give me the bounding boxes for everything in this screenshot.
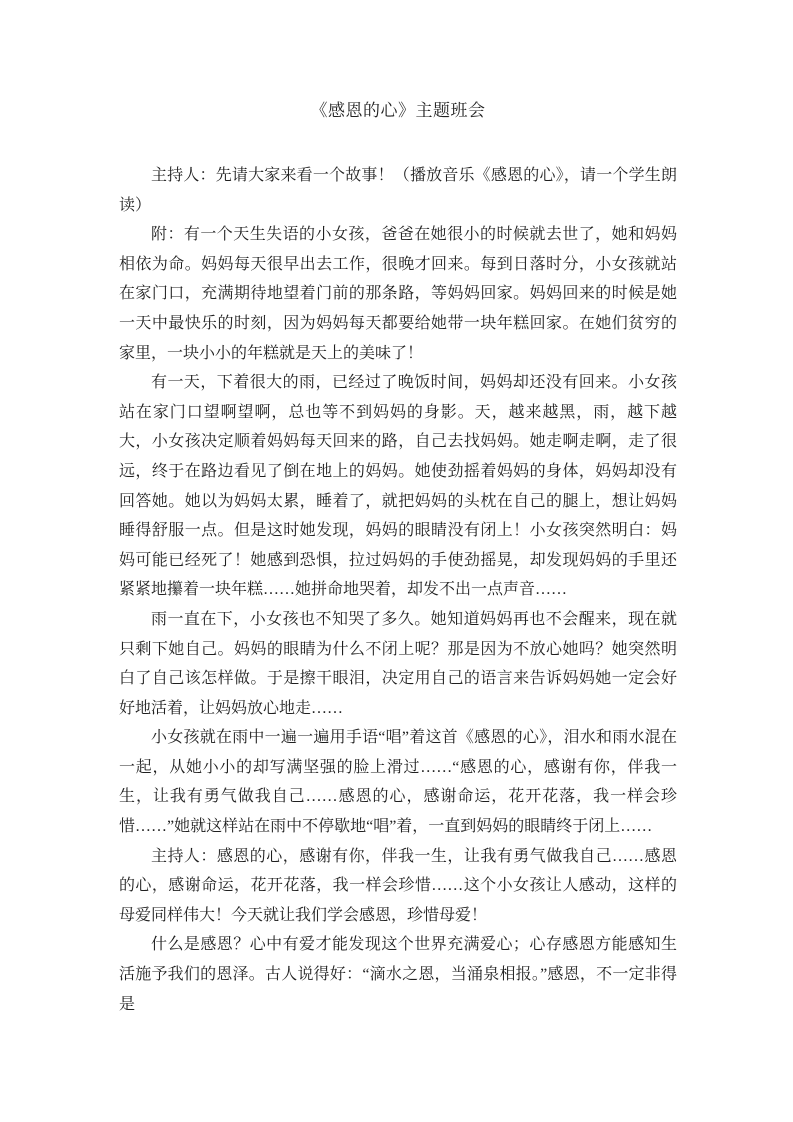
paragraph-story-4: 小女孩就在雨中一遍一遍用手语“唱”着这首《感恩的心》，泪水和雨水混在一起，从她小… [119, 723, 677, 841]
paragraph-story-3: 雨一直在下，小女孩也不知哭了多久。她知道妈妈再也不会醒来，现在就只剩下她自己。妈… [119, 605, 677, 723]
document-page: 《感恩的心》主题班会 主持人：先请大家来看一个故事！（播放音乐《感恩的心》，请一… [0, 0, 793, 1122]
paragraph-host-intro: 主持人：先请大家来看一个故事！（播放音乐《感恩的心》，请一个学生朗读） [119, 161, 677, 220]
paragraph-host-comment: 主持人：感恩的心，感谢有你，伴我一生，让我有勇气做我自己……感恩的心，感谢命运，… [119, 842, 677, 931]
paragraph-what-is-gratitude: 什么是感恩？心中有爱才能发现这个世界充满爱心；心存感恩方能感知生活施予我们的恩泽… [119, 930, 677, 1019]
document-text-block: 《感恩的心》主题班会 主持人：先请大家来看一个故事！（播放音乐《感恩的心》，请一… [119, 101, 677, 1019]
paragraph-story-2: 有一天，下着很大的雨，已经过了晚饭时间，妈妈却还没有回来。小女孩站在家门口望啊望… [119, 368, 677, 605]
document-title: 《感恩的心》主题班会 [119, 101, 677, 121]
paragraph-story-1: 附：有一个天生失语的小女孩，爸爸在她很小的时候就去世了，她和妈妈相依为命。妈妈每… [119, 220, 677, 368]
